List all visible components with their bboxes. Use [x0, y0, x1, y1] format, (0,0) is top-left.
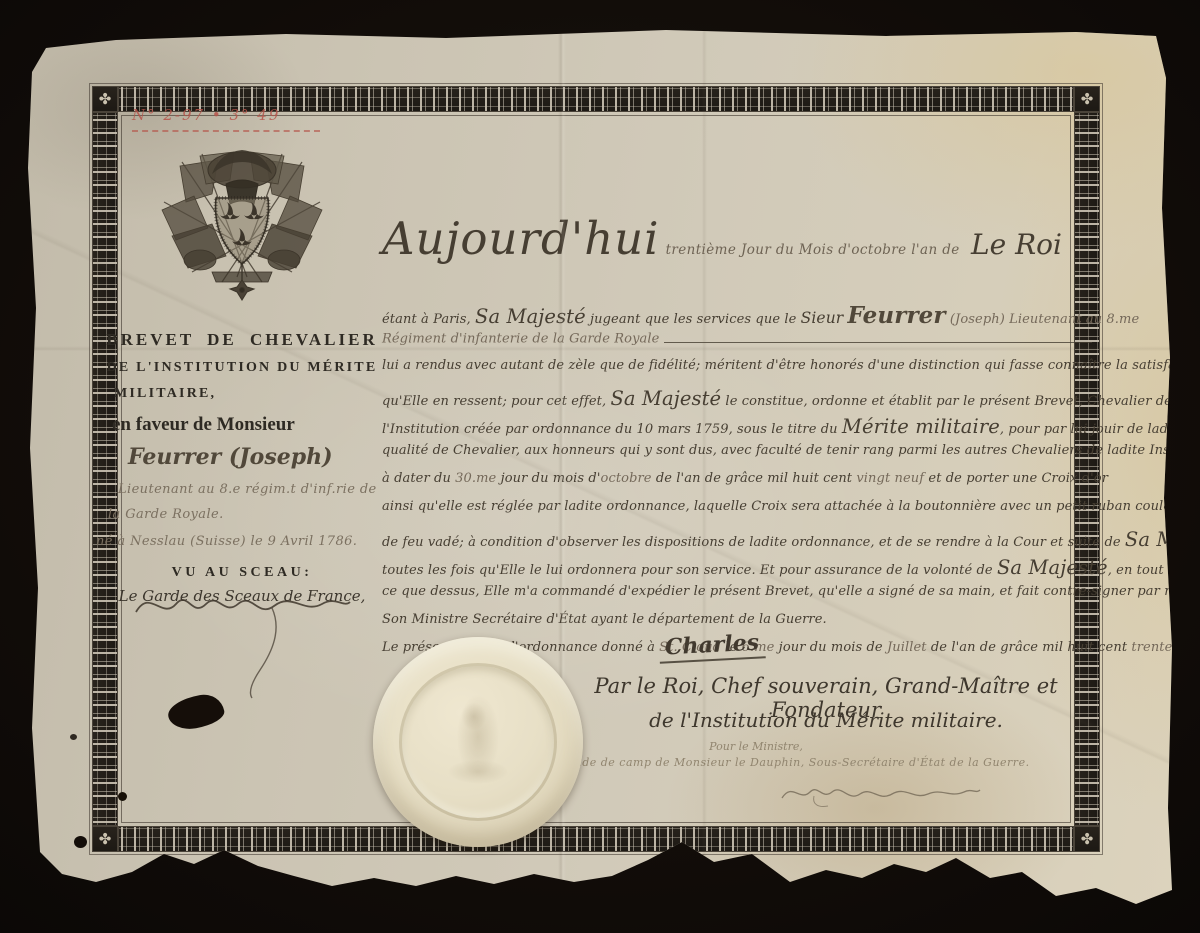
text-segment: Juillet: [887, 640, 927, 655]
text-segment: le constitue, ordonne et établit par le …: [721, 394, 1172, 409]
text-segment: de l'an de grâce mil huit cent: [652, 471, 857, 486]
text-segment: trente: [1131, 640, 1172, 655]
plume-crest: [208, 150, 276, 204]
corner-rosette-icon: ✤: [92, 826, 118, 852]
text-segment: vingt neuf: [856, 471, 924, 486]
headline: Aujourd'hui trentième Jour du Mois d'oct…: [382, 216, 1076, 261]
le-roi-text: Le Roi: [971, 228, 1062, 261]
text-segment: Régiment d'infanterie de la Garde Royale: [382, 332, 664, 347]
text-segment: et de porter une Croix d'or: [924, 471, 1108, 486]
registry-number: N° 2-97 • 3° 49: [132, 106, 320, 132]
brevet-title-line2: DE L'INSTITUTION DU MÉRITE: [90, 360, 394, 376]
text-segment: lui a rendus avec autant de zèle que de …: [382, 358, 1200, 373]
recipient-rank-line1: Lieutenant au 8.e régim.t d'inf.rie de: [90, 482, 394, 497]
brevet-title-line1: BREVET DE CHEVALIER: [90, 330, 394, 350]
corner-rosette-icon: ✤: [1074, 826, 1100, 852]
recipient-name: Feurrer (Joseph): [90, 444, 394, 470]
corner-rosette-icon: ✤: [92, 86, 118, 112]
aide-de-camp-line: L'Aide de camp de Monsieur le Dauphin, S…: [494, 756, 1094, 769]
text-segment: octobre: [601, 471, 652, 486]
text-segment: ainsi qu'elle est réglée par ladite ordo…: [382, 499, 1186, 514]
body-line: ce que dessus, Elle m'a commandé d'expéd…: [382, 584, 1076, 612]
text-segment: .: [1172, 640, 1176, 655]
text-segment: jugeant que les services que le: [586, 312, 801, 327]
body-line: qu'Elle en ressent; pour cet effet, Sa M…: [382, 387, 1076, 415]
photo-background: { "document": { "registry_note": "N° 2-9…: [0, 0, 1200, 933]
text-segment: étant à Paris,: [382, 312, 475, 327]
text-segment: Son Ministre Secrétaire d'État ayant le …: [382, 612, 827, 627]
text-segment: (Joseph) Lieutenant au 8.me: [946, 312, 1140, 327]
body-line: qualité de Chevalier, aux honneurs qui y…: [382, 443, 1076, 471]
blank-rule: [664, 330, 1092, 343]
text-segment: Sa Majesté: [1125, 528, 1200, 551]
par-le-roi-line2: de l'Institution du Mérite militaire.: [556, 708, 1096, 732]
text-segment: de l'an de grâce mil huit cent: [927, 640, 1132, 655]
border-band-bottom: [118, 826, 1074, 852]
body-text: étant à Paris, Sa Majesté jugeant que le…: [382, 302, 1076, 668]
text-segment: Sieur: [801, 309, 844, 327]
body-line: l'Institution créée par ordonnance du 10…: [382, 415, 1076, 443]
registry-number-text: N° 2-97 • 3° 49: [132, 106, 280, 124]
headline-date-script: trentième Jour du Mois d'octobre l'an de…: [666, 242, 963, 258]
body-line: toutes les fois qu'Elle le lui ordonnera…: [382, 556, 1076, 584]
body-line: Régiment d'infanterie de la Garde Royale: [382, 330, 1076, 358]
wax-seal: [373, 637, 583, 847]
hole: [118, 792, 127, 801]
text-segment: à dater du: [382, 471, 455, 486]
seal-keeper-signature: [122, 574, 362, 704]
text-segment: toutes les fois qu'Elle le lui ordonnera…: [382, 563, 997, 578]
text-segment: 30.me: [455, 471, 496, 486]
body-line: à dater du 30.me jour du mois d'octobre …: [382, 471, 1076, 499]
text-segment: ce que dessus, Elle m'a commandé d'expéd…: [382, 584, 1193, 599]
hole: [74, 836, 87, 848]
opening-word: Aujourd'hui: [382, 216, 660, 261]
text-segment: jour du mois d': [496, 471, 600, 486]
recipient-birth-line: né à Nesslau (Suisse) le 9 Avril 1786.: [90, 534, 394, 549]
body-line: étant à Paris, Sa Majesté jugeant que le…: [382, 302, 1076, 330]
text-segment: de feu vadé; à condition d'observer les …: [382, 535, 1125, 550]
seal-figure: [425, 689, 531, 795]
text-segment: Sa Majesté: [997, 556, 1108, 579]
coat-of-arms: [142, 132, 342, 332]
text-segment: , en tout: [1108, 563, 1164, 578]
text-segment: Feurrer: [848, 302, 946, 329]
text-segment: , pour par lui jouir de ladite: [1000, 422, 1186, 437]
brevet-title-line3: MILITAIRE,: [90, 386, 394, 402]
text-segment: qualité de Chevalier, aux honneurs qui y…: [382, 443, 1200, 458]
text-segment: Mérite militaire: [842, 415, 1000, 438]
corner-rosette-icon: ✤: [1074, 86, 1100, 112]
in-favor-of-label: en faveur de Monsieur: [90, 414, 394, 436]
body-line: ainsi qu'elle est réglée par ladite ordo…: [382, 499, 1076, 527]
left-column: BREVET DE CHEVALIER DE L'INSTITUTION DU …: [90, 330, 394, 605]
body-line: de feu vadé; à condition d'observer les …: [382, 528, 1076, 556]
text-segment: Sa Majesté: [475, 305, 586, 328]
parchment-sheet: ✤ ✤ ✤ ✤ N° 2-97 • 3° 49: [26, 28, 1174, 915]
hole: [70, 734, 77, 740]
pour-le-ministre-line: Pour le Ministre,: [546, 740, 966, 753]
countersignature: [774, 772, 984, 812]
recipient-rank-line2: la Garde Royale.: [90, 507, 394, 522]
royal-signature-text: Charles: [658, 629, 765, 664]
text-segment: Sa Majesté: [610, 387, 721, 410]
body-line: lui a rendus avec autant de zèle que de …: [382, 358, 1076, 386]
text-segment: qu'Elle en ressent; pour cet effet,: [382, 394, 610, 409]
text-segment: l'Institution créée par ordonnance du 10…: [382, 422, 842, 437]
